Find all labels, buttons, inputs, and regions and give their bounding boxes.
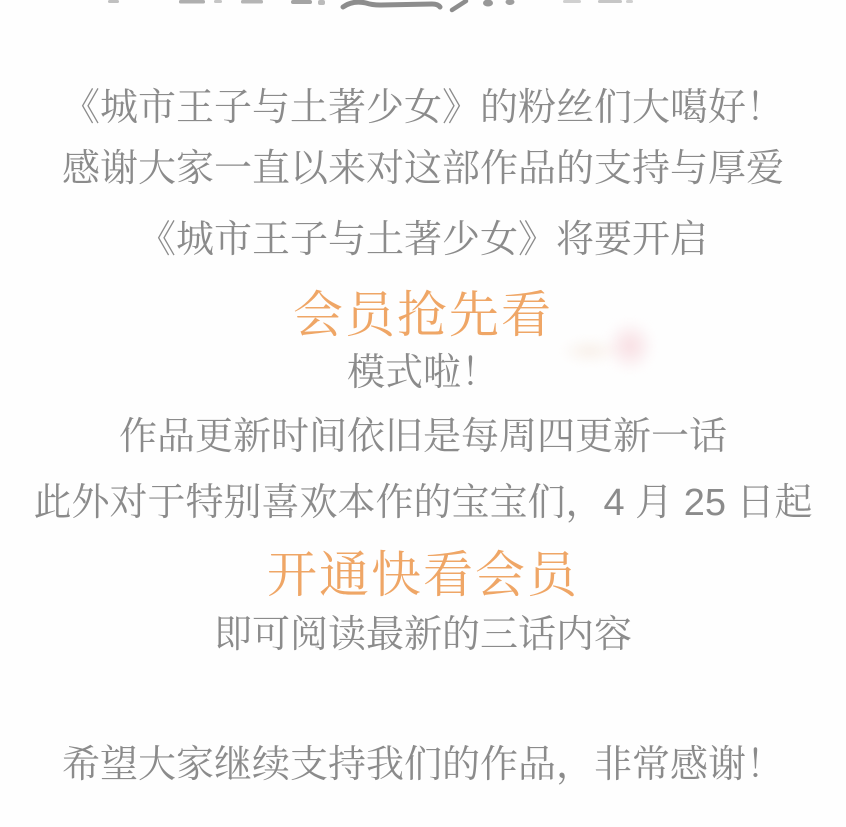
notice-line-closing-thanks: 希望大家继续支持我们的作品，非常感谢！ [0,743,846,787]
notice-line-will-open: 《城市王子与土著少女》将要开启 [0,218,846,262]
notice-line-read-chapters: 即可阅读最新的三话内容 [0,613,846,657]
notice-line-open-membership: 开通快看会员 [0,546,846,604]
clipped-text-fragment [0,0,846,14]
notice-line-member-preview: 会员抢先看 [0,286,846,344]
notice-line-greeting: 《城市王子与土著少女》的粉丝们大噶好！ [0,86,846,130]
announcement-page: 《城市王子与土著少女》的粉丝们大噶好！ 感谢大家一直以来对这部作品的支持与厚爱 … [0,0,846,827]
notice-line-update-schedule: 作品更新时间依旧是每周四更新一话 [0,415,846,459]
notice-line-date-info: 此外对于特别喜欢本作的宝宝们，4 月 25 日起 [0,481,846,525]
notice-line-thanks: 感谢大家一直以来对这部作品的支持与厚爱 [0,147,846,191]
notice-line-mode: 模式啦！ [0,351,846,395]
